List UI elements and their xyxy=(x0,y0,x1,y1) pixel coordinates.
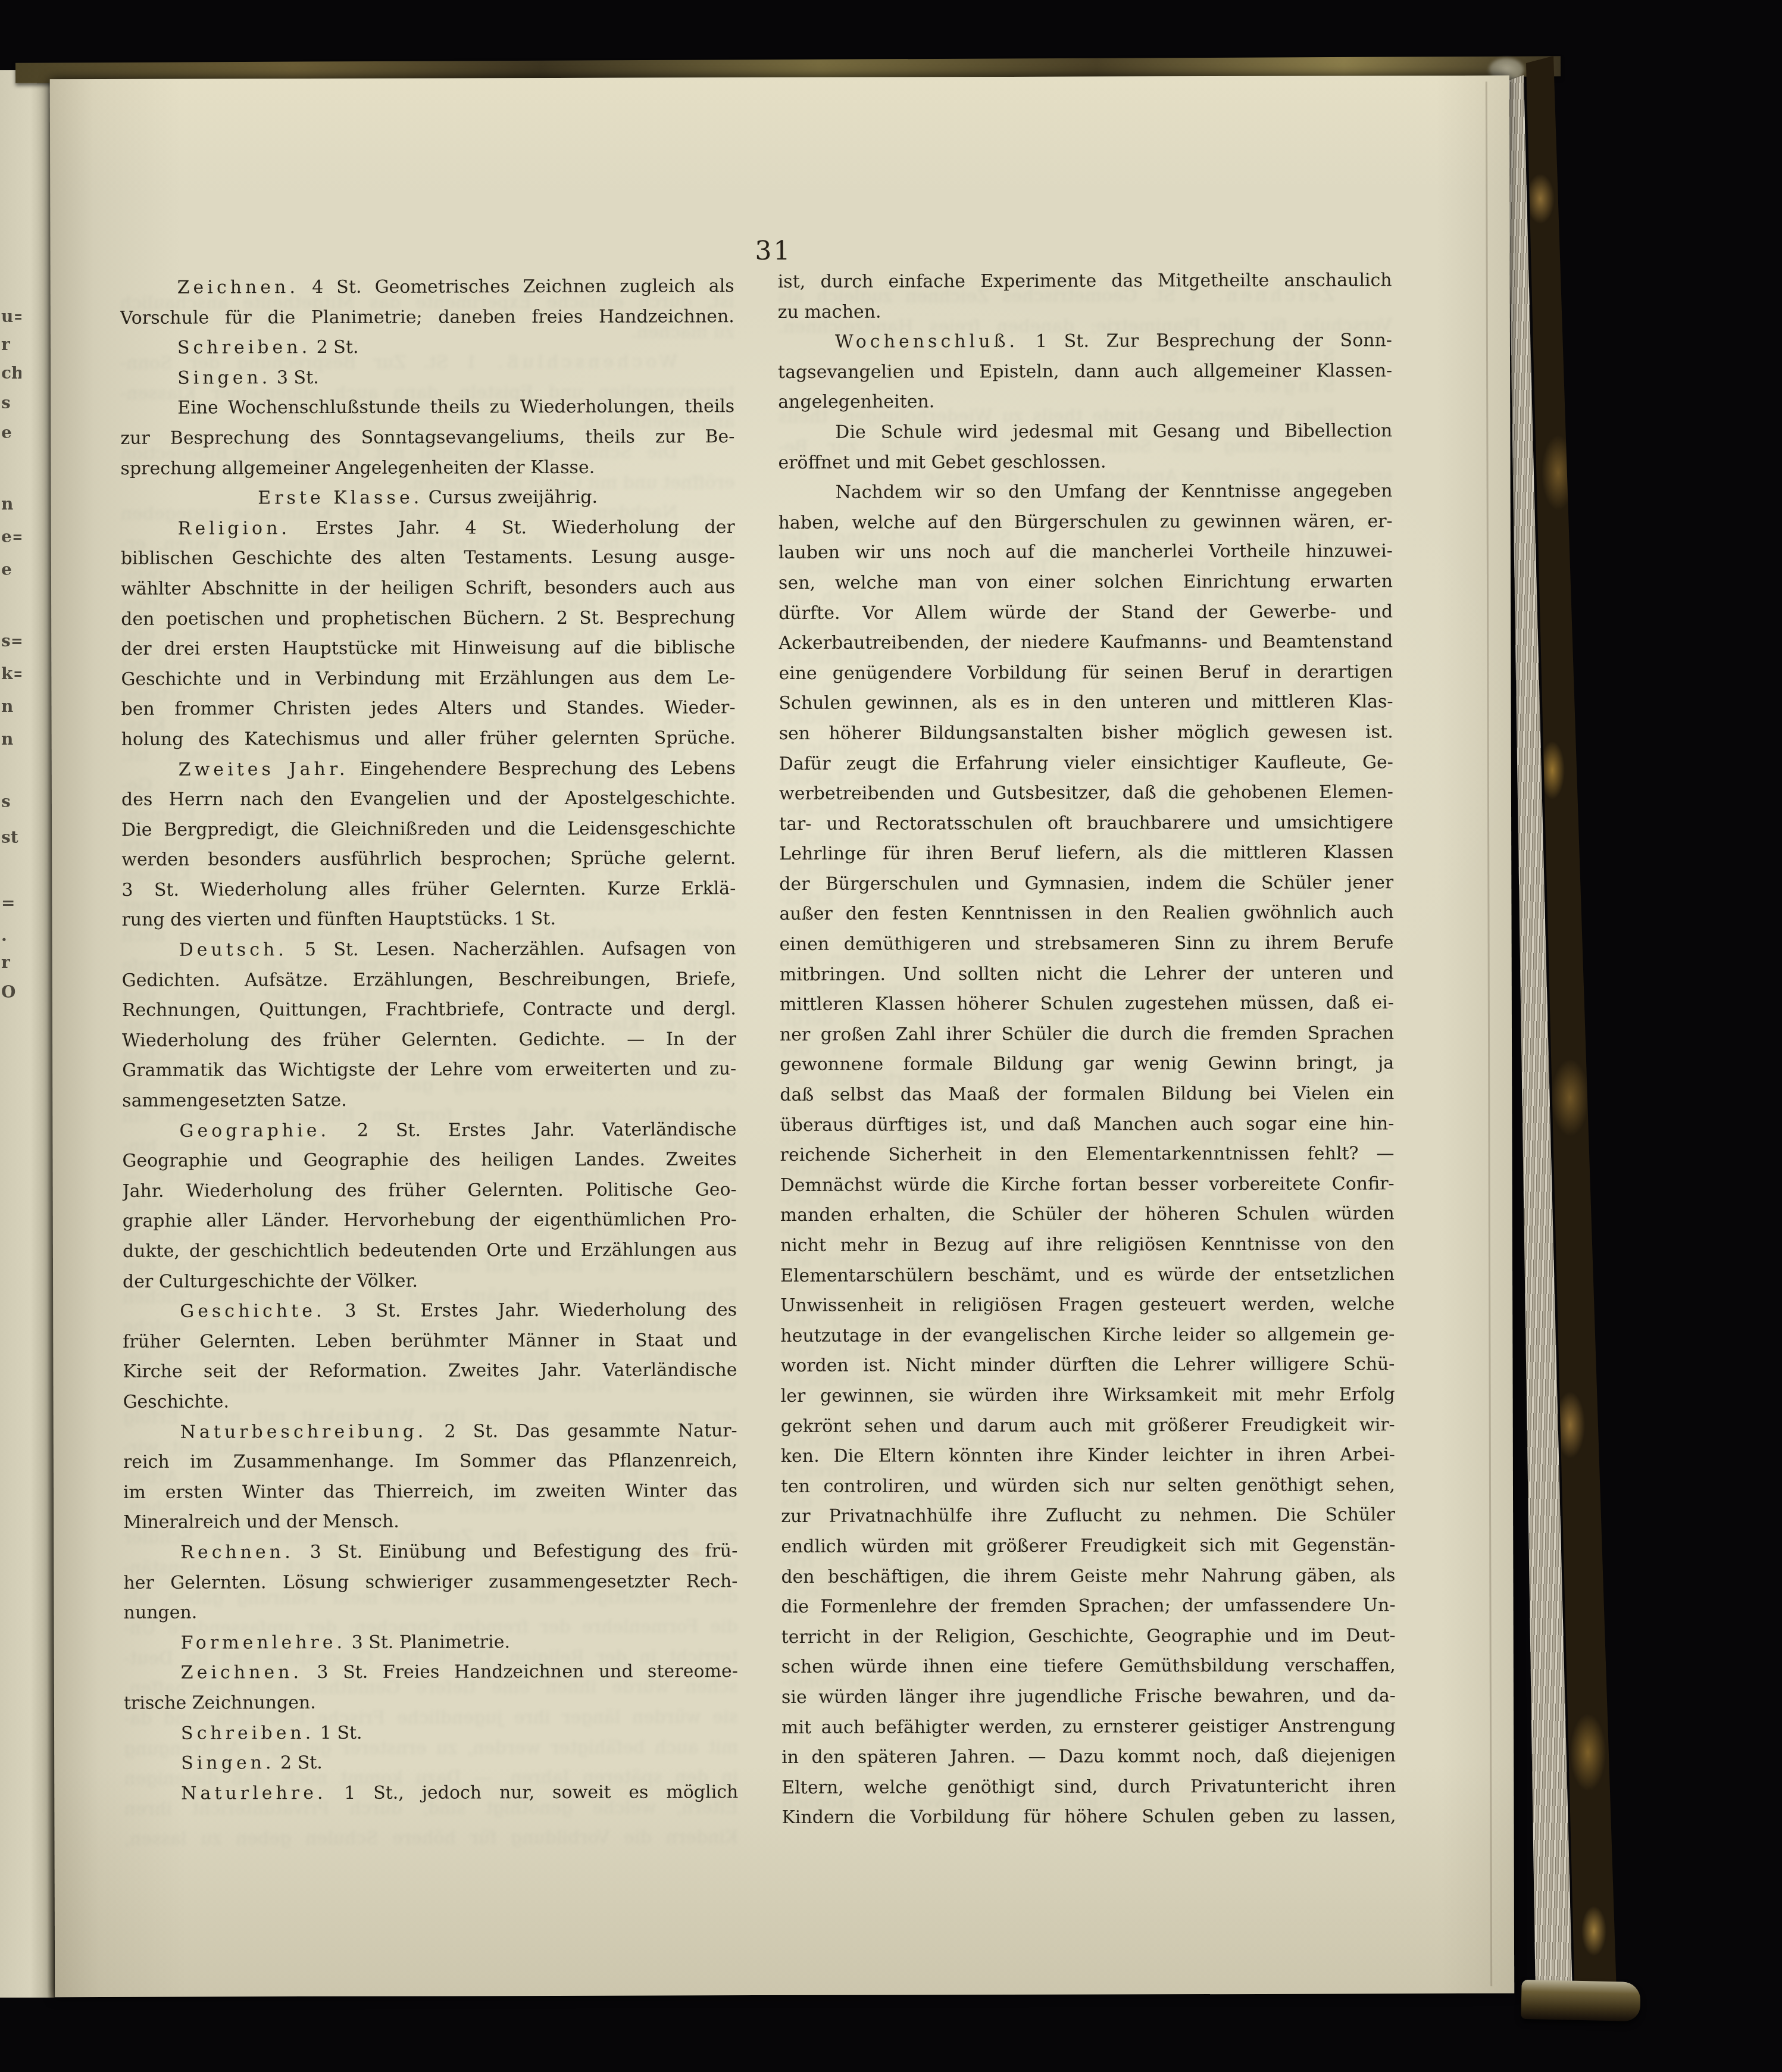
edge-text-fragment: n xyxy=(1,729,21,749)
left-column: Zeichnen. 4 St. Geometrisches Zeichnen z… xyxy=(120,271,739,1809)
text-line: Demnächst würde die Kirche fortan besser… xyxy=(780,1169,1395,1201)
text-line: terricht in der Religion, Geschichte, Ge… xyxy=(781,1621,1396,1652)
text-line: Eltern, welche genöthigt sind, durch Pri… xyxy=(781,1771,1396,1803)
edge-text-fragment: st xyxy=(1,827,21,847)
text-line: rung des vierten und fünften Hauptstücks… xyxy=(121,904,736,936)
text-line: Eine Wochenschlußstunde theils zu Wieder… xyxy=(120,392,734,424)
text-line: Naturbeschreibung. 2 St. Das gesammte Na… xyxy=(123,1416,737,1448)
text-line: früher Gelernten. Leben berühmter Männer… xyxy=(123,1326,737,1357)
edge-text-fragment: s xyxy=(1,393,21,412)
text-line: reichende Sicherheit in den Elementarken… xyxy=(780,1139,1394,1171)
text-line: dukte, der geschichtlich bedeutenden Ort… xyxy=(123,1235,737,1267)
text-line: Schreiben. 2 St. xyxy=(120,332,734,363)
text-line: Schulen gewinnen, als es in den unteren … xyxy=(779,687,1393,719)
text-line: sie würden länger ihre jugendliche Frisc… xyxy=(781,1681,1396,1712)
book-cover-corner-fold xyxy=(1521,1980,1640,2021)
text-line: heutzutage in der evangelischen Kirche l… xyxy=(780,1320,1395,1351)
text-line: Religion. Erstes Jahr. 4 St. Wiederholun… xyxy=(121,512,735,544)
edge-text-fragment: e xyxy=(1,423,21,442)
subject-heading: Religion. xyxy=(178,518,290,539)
text-line: gekrönt sehen und darum auch mit größere… xyxy=(781,1410,1395,1442)
text-line: daß selbst das Maaß der formalen Bildung… xyxy=(780,1079,1394,1110)
text-line: der Culturgeschichte der Völker. xyxy=(123,1265,737,1297)
text-line: werbetreibenden und Gutsbesitzer, daß di… xyxy=(779,777,1393,809)
subject-heading: Singen. xyxy=(177,367,271,388)
text-line: Rechnen. 3 St. Einübung und Befestigung … xyxy=(123,1536,737,1568)
edge-text-fragment: s= xyxy=(1,631,21,651)
subject-heading: Schreiben. xyxy=(177,337,311,358)
text-line: eine genügendere Vorbildung für seinen B… xyxy=(779,657,1393,689)
edge-text-fragment: r xyxy=(1,335,21,354)
text-line: schen würde ihnen eine tiefere Gemüthsbi… xyxy=(781,1651,1396,1683)
text-line: Zweites Jahr. Eingehendere Besprechung d… xyxy=(121,754,736,785)
text-line: einen demüthigeren und strebsameren Sinn… xyxy=(780,928,1394,960)
text-line: Vorschule für die Planimetrie; daneben f… xyxy=(120,302,734,333)
subject-heading: Erste Klasse. xyxy=(258,487,423,509)
text-line: ken. Die Eltern könnten ihre Kinder leic… xyxy=(781,1440,1395,1471)
subject-heading: Zweites Jahr. xyxy=(179,758,349,780)
edge-text-fragment: k= xyxy=(1,664,21,683)
text-line: haben, welche auf den Bürgerschulen zu g… xyxy=(779,507,1393,538)
text-line: der Bürgerschulen und Gymnasien, indem d… xyxy=(779,868,1393,899)
text-line: angelegenheiten. xyxy=(778,386,1392,418)
text-line: zur Besprechung des Sonntagsevangeliums,… xyxy=(120,422,734,454)
text-line: außer den festen Kenntnissen in den Real… xyxy=(779,898,1393,930)
text-line: Kindern die Vorbildung für höhere Schule… xyxy=(781,1802,1396,1833)
text-line: ten controliren, und würden sich nur sel… xyxy=(781,1470,1395,1502)
subject-heading: Geschichte. xyxy=(180,1301,325,1322)
text-line: ben frommer Christen jedes Alters und St… xyxy=(121,693,735,725)
text-line: Geschichte und in Verbindung mit Erzählu… xyxy=(121,663,735,695)
text-line: endlich würden mit größerer Freudigkeit … xyxy=(781,1530,1395,1562)
edge-text-fragment: = xyxy=(1,893,21,912)
text-line: trische Zeichnungen. xyxy=(124,1687,738,1718)
text-line: den poetischen und prophetischen Büchern… xyxy=(121,603,735,635)
text-line: Ackerbautreibenden, der niedere Kaufmann… xyxy=(779,627,1393,658)
edge-text-fragment: r xyxy=(1,952,21,972)
edge-text-fragment: n xyxy=(1,696,21,716)
text-line: Deutsch. 5 St. Lesen. Nacherzählen. Aufs… xyxy=(122,934,736,965)
text-line: im ersten Winter das Thierreich, im zwei… xyxy=(123,1476,737,1508)
text-line: tar- und Rectoratsschulen oft brauchbare… xyxy=(779,808,1393,839)
text-line: zur Privatnachhülfe ihre Zuflucht zu neh… xyxy=(781,1501,1395,1532)
subject-heading: Rechnen. xyxy=(180,1542,293,1562)
text-line: wählter Abschnitte in der heiligen Schri… xyxy=(121,573,735,604)
book-scan: u=rchsene=es=k=nnsst=.rO ist, durch einf… xyxy=(0,0,1782,2072)
page-number: 31 xyxy=(755,236,792,266)
text-line: nicht mehr in Bezug auf ihre religiösen … xyxy=(780,1229,1395,1261)
text-line: Die Bergpredigt, die Gleichnißreden und … xyxy=(121,814,736,845)
subject-heading: Deutsch. xyxy=(179,939,287,960)
text-line: den beschäftigen, die ihrem Geiste mehr … xyxy=(781,1561,1395,1592)
subject-heading: Zeichnen. xyxy=(177,277,299,298)
text-line: sammengesetzten Satze. xyxy=(122,1085,736,1116)
text-line: Wochenschluß. 1 St. Zur Besprechung der … xyxy=(778,326,1392,358)
text-line: mittleren Klassen höherer Schulen zugest… xyxy=(780,989,1394,1020)
text-line: Wiederholung des früher Gelernten. Gedic… xyxy=(122,1024,736,1056)
text-line: Naturlehre. 1 St., jedoch nur, soweit es… xyxy=(124,1777,738,1809)
text-line: Elementarschülern beschämt, und es würde… xyxy=(780,1260,1395,1291)
text-line: dürfte. Vor Allem würde der Stand der Ge… xyxy=(779,597,1393,629)
subject-heading: Wochenschluß. xyxy=(835,331,1018,352)
edge-text-fragment: u= xyxy=(1,307,21,326)
subject-heading: Schreiben. xyxy=(181,1723,314,1744)
text-line: zu machen. xyxy=(778,296,1392,327)
text-line: sen, welche man von einer solchen Einric… xyxy=(779,567,1393,598)
text-line: Unwissenheit in religiösen Fragen gesteu… xyxy=(780,1289,1395,1321)
subject-heading: Zeichnen. xyxy=(181,1662,302,1683)
right-column: ist, durch einfache Experimente das Mitg… xyxy=(778,265,1396,1833)
subject-heading: Formenlehre. xyxy=(181,1632,346,1654)
text-line: reich im Zusammenhange. Im Sommer das Pf… xyxy=(123,1446,737,1477)
text-line: Singen. 2 St. xyxy=(124,1747,738,1779)
page-edge-step-line xyxy=(1486,82,1492,1986)
edge-text-fragment: e= xyxy=(1,527,21,546)
text-line: Singen. 3 St. xyxy=(120,362,734,393)
text-line: her Gelernten. Lösung schwieriger zusamm… xyxy=(123,1567,737,1598)
edge-text-fragment: e xyxy=(1,560,21,579)
text-line: Geschichte. xyxy=(123,1386,737,1417)
facing-page-edge: u=rchsene=es=k=nnsst=.rO xyxy=(0,70,55,1998)
text-line: der drei ersten Hauptstücke mit Hinweisu… xyxy=(121,633,735,664)
subject-heading: Singen. xyxy=(181,1752,274,1773)
book-page: ist, durch einfache Experimente das Mitg… xyxy=(50,76,1514,1997)
text-line: gewonnene formale Bildung gar wenig Gewi… xyxy=(780,1049,1394,1080)
text-line: Nachdem wir so den Umfang der Kenntnisse… xyxy=(779,476,1393,508)
text-line: in den späteren Jahren. — Dazu kommt noc… xyxy=(781,1741,1396,1773)
edge-text-fragment: n xyxy=(1,494,21,514)
text-line: Gedichten. Aufsätze. Erzählungen, Beschr… xyxy=(122,964,736,996)
edge-text-fragment: ch xyxy=(1,363,21,383)
text-line: Erste Klasse. Cursus zweijährig. xyxy=(121,482,735,514)
text-line: mit auch befähigter werden, zu ernsterer… xyxy=(781,1711,1396,1743)
text-line: Geographie und Geographie des heiligen L… xyxy=(122,1145,736,1176)
edge-text-fragment: s xyxy=(1,792,21,811)
text-line: Schreiben. 1 St. xyxy=(124,1717,738,1749)
text-line: holung des Katechismus und aller früher … xyxy=(121,723,736,755)
text-line: sen höherer Bildungsanstalten bisher mög… xyxy=(779,717,1393,749)
text-line: ist, durch einfache Experimente das Mitg… xyxy=(778,265,1392,297)
text-line: eröffnet und mit Gebet geschlossen. xyxy=(778,446,1392,478)
text-line: lauben wir uns noch auf die mancherlei V… xyxy=(779,537,1393,568)
text-line: ler gewinnen, sie würden ihre Wirksamkei… xyxy=(781,1380,1395,1411)
subject-heading: Geographie. xyxy=(179,1120,330,1142)
text-line: worden ist. Nicht minder dürften die Leh… xyxy=(780,1350,1395,1382)
text-line: werden besonders ausführlich besprochen;… xyxy=(121,843,736,875)
text-line: Geographie. 2 St. Erstes Jahr. Vaterländ… xyxy=(122,1115,736,1146)
text-line: Die Schule wird jedesmal mit Gesang und … xyxy=(778,416,1392,448)
text-line: biblischen Geschichte des alten Testamen… xyxy=(121,543,735,574)
text-line: graphie aller Länder. Hervorhebung der e… xyxy=(123,1205,737,1237)
text-line: nungen. xyxy=(123,1596,737,1628)
text-line: sprechung allgemeiner Angelegenheiten de… xyxy=(120,452,734,484)
text-line: Formenlehre. 3 St. Planimetrie. xyxy=(124,1627,738,1658)
subject-heading: Naturlehre. xyxy=(181,1783,326,1804)
text-line: Mineralreich und der Mensch. xyxy=(123,1507,737,1538)
text-line: überaus dürftiges ist, und daß Manchen a… xyxy=(780,1109,1394,1140)
text-line: Rechnungen, Quittungen, Frachtbriefe, Co… xyxy=(122,994,736,1026)
text-line: Dafür zeugt die Erfahrung vieler einsich… xyxy=(779,748,1393,779)
text-line: Zeichnen. 4 St. Geometrisches Zeichnen z… xyxy=(120,271,734,303)
text-line: Jahr. Wiederholung des früher Gelernten.… xyxy=(123,1175,737,1207)
subject-heading: Naturbeschreibung. xyxy=(180,1421,427,1442)
edge-text-fragment: O xyxy=(1,982,21,1002)
text-line: die Formenlehre der fremden Sprachen; de… xyxy=(781,1590,1395,1622)
text-line: tagsevangelien und Episteln, dann auch a… xyxy=(778,356,1392,387)
text-line: Zeichnen. 3 St. Freies Handzeichnen und … xyxy=(124,1657,738,1689)
text-line: Kirche seit der Reformation. Zweites Jah… xyxy=(123,1356,737,1387)
text-line: Kindern die Vorbildung für höhere Schule… xyxy=(124,1823,738,1854)
text-line: manden erhalten, die Schüler der höheren… xyxy=(780,1199,1395,1231)
text-line: Lehrlinge für ihren Beruf liefern, als d… xyxy=(779,838,1393,870)
text-line: Grammatik das Wichtigste der Lehre vom e… xyxy=(122,1055,736,1086)
text-line: 3 St. Wiederholung alles früher Gelernte… xyxy=(121,874,736,905)
text-line: mitbringen. Und sollten nicht die Lehrer… xyxy=(780,958,1394,990)
text-line: ner großen Zahl ihrer Schüler die durch … xyxy=(780,1018,1394,1050)
edge-text-fragment: . xyxy=(1,926,21,945)
text-line: des Herrn nach den Evangelien und der Ap… xyxy=(121,783,736,815)
text-line: Geschichte. 3 St. Erstes Jahr. Wiederhol… xyxy=(123,1295,737,1327)
